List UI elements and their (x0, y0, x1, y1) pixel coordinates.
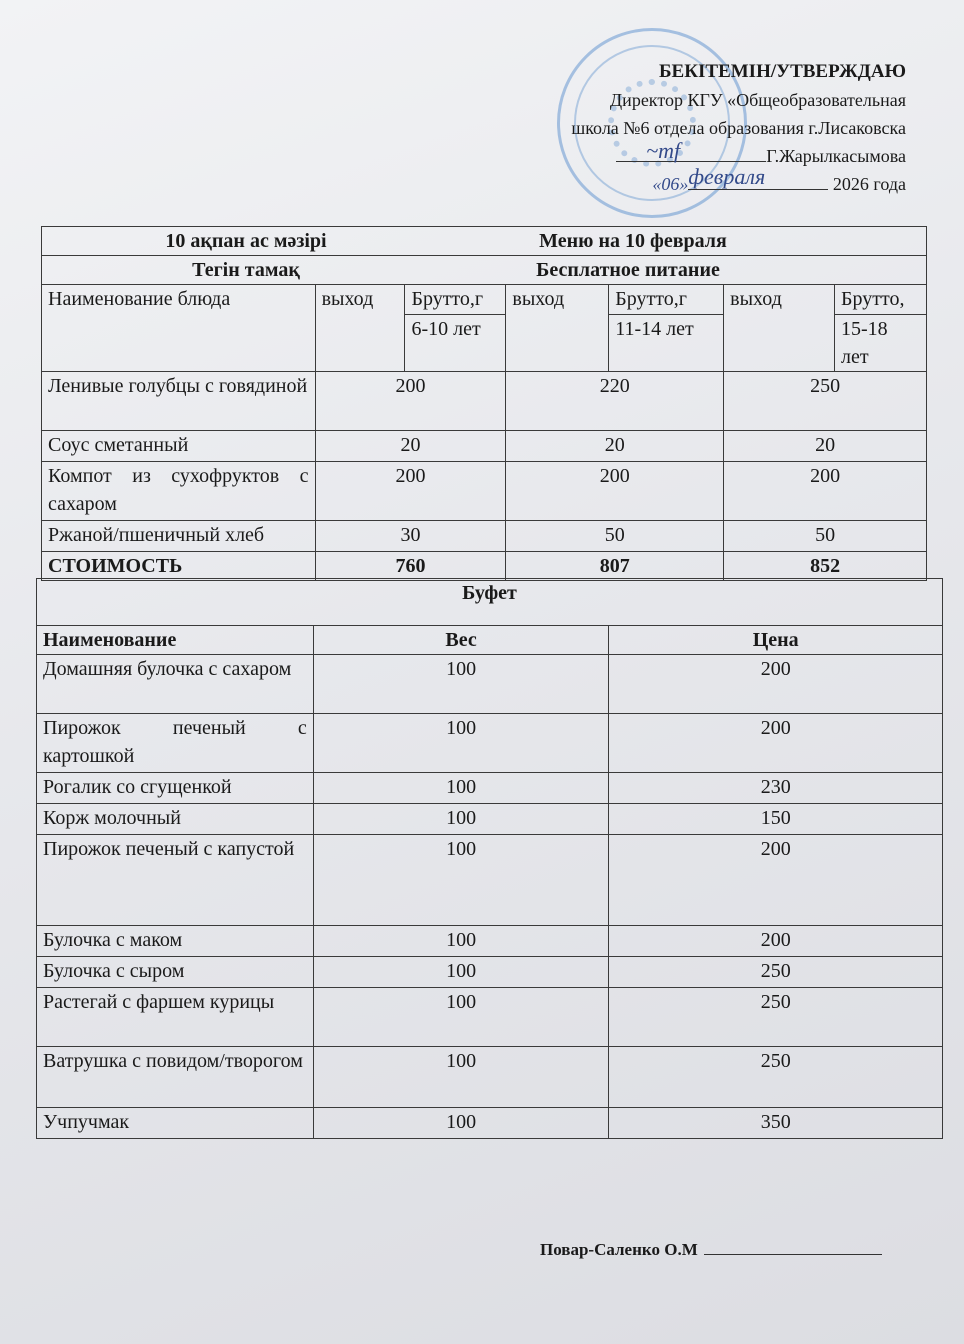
portion-11-14: 220 (506, 372, 724, 431)
item-price: 200 (609, 714, 943, 773)
buffet-row: Пирожок печеный с картошкой100200 (37, 714, 943, 773)
buffet-row: Растегай с фаршем курицы100250 (37, 988, 943, 1047)
buffet-table: Буфет Наименование Вес Цена Домашняя бул… (36, 578, 943, 1139)
approval-title: БЕКІТЕМІН/УТВЕРЖДАЮ (571, 58, 906, 86)
portion-11-14: 200 (506, 462, 724, 521)
item-weight: 100 (313, 926, 609, 957)
portion-15-18: 200 (724, 462, 927, 521)
dish-name: Ржаной/пшеничный хлеб (42, 521, 316, 552)
header-brutto-2: Брутто,г (609, 285, 724, 315)
age-group-11-14: 11-14 лет (609, 315, 724, 372)
item-price: 200 (609, 835, 943, 926)
portion-15-18: 250 (724, 372, 927, 431)
buffet-row: Булочка с маком100200 (37, 926, 943, 957)
dish-name: Компот из сухофруктов с сахаром (42, 462, 316, 521)
buffet-row: Булочка с сыром100250 (37, 957, 943, 988)
menu-subtitle-ru: Бесплатное питание (330, 256, 926, 284)
item-name: Корж молочный (37, 804, 314, 835)
signature-scribble: ~mf (646, 137, 680, 165)
header-price: Цена (609, 626, 943, 655)
buffet-row: Пирожок печеный с капустой100200 (37, 835, 943, 926)
item-weight: 100 (313, 1047, 609, 1108)
buffet-row: Рогалик со сгущенкой100230 (37, 773, 943, 804)
item-weight: 100 (313, 714, 609, 773)
buffet-title: Буфет (37, 579, 943, 626)
item-weight: 100 (313, 988, 609, 1047)
header-brutto-1: Брутто,г (405, 285, 506, 315)
item-name: Пирожок печеный с капустой (37, 835, 314, 926)
buffet-header-row: Наименование Вес Цена (37, 626, 943, 655)
menu-row: Соус сметанный202020 (42, 431, 927, 462)
portion-15-18: 20 (724, 431, 927, 462)
approval-line-2: школа №6 отдела образования г.Лисаковска (571, 114, 906, 142)
item-name: Учпучмак (37, 1108, 314, 1139)
header-dish-name: Наименование блюда (42, 285, 316, 372)
item-name: Рогалик со сгущенкой (37, 773, 314, 804)
portion-11-14: 20 (506, 431, 724, 462)
cook-name: Повар-Саленко О.М (540, 1240, 698, 1259)
portion-15-18: 50 (724, 521, 927, 552)
age-group-6-10: 6-10 лет (405, 315, 506, 372)
dish-name: Соус сметанный (42, 431, 316, 462)
item-price: 250 (609, 988, 943, 1047)
item-name: Растегай с фаршем курицы (37, 988, 314, 1047)
free-meal-menu-table: 10 ақпан ас мәзірі Меню на 10 февраля Те… (41, 226, 927, 581)
cook-signature-blank (704, 1240, 882, 1255)
menu-subtitle-row: Тегін тамақ Бесплатное питание (42, 256, 927, 285)
menu-total-row: СТОИМОСТЬ 760 807 852 (42, 552, 927, 581)
item-name: Пирожок печеный с картошкой (37, 714, 314, 773)
item-price: 350 (609, 1108, 943, 1139)
item-weight: 100 (313, 773, 609, 804)
date-year: 2026 года (833, 174, 906, 194)
approval-block: БЕКІТЕМІН/УТВЕРЖДАЮ Директор КГУ «Общеоб… (571, 58, 906, 198)
header-name: Наименование (37, 626, 314, 655)
date-month-blank: февраля (688, 171, 828, 190)
total-11-14: 807 (506, 552, 724, 581)
header-output-3: выход (724, 285, 835, 372)
item-price: 230 (609, 773, 943, 804)
item-weight: 100 (313, 1108, 609, 1139)
buffet-row: Ватрушка с повидом/творогом100250 (37, 1047, 943, 1108)
menu-row: Компот из сухофруктов с сахаром200200200 (42, 462, 927, 521)
portion-6-10: 200 (315, 372, 506, 431)
header-output-2: выход (506, 285, 609, 372)
item-name: Булочка с маком (37, 926, 314, 957)
approval-line-1: Директор КГУ «Общеобразовательная (571, 86, 906, 114)
buffet-title-row: Буфет (37, 579, 943, 626)
item-weight: 100 (313, 957, 609, 988)
item-price: 150 (609, 804, 943, 835)
menu-title-ru: Меню на 10 февраля (340, 227, 926, 255)
date-month: февраля (688, 163, 765, 191)
item-price: 250 (609, 957, 943, 988)
approval-date-line: «06»февраля 2026 года (571, 170, 906, 198)
buffet-body: Домашняя булочка с сахаром100200Пирожок … (37, 655, 943, 1139)
item-weight: 100 (313, 804, 609, 835)
age-group-15-18-range: 15-18 (841, 315, 920, 343)
buffet-row: Учпучмак100350 (37, 1108, 943, 1139)
item-name: Домашняя булочка с сахаром (37, 655, 314, 714)
header-weight: Вес (313, 626, 609, 655)
buffet-row: Домашняя булочка с сахаром100200 (37, 655, 943, 714)
portion-11-14: 50 (506, 521, 724, 552)
menu-row: Ржаной/пшеничный хлеб305050 (42, 521, 927, 552)
age-group-15-18-unit: лет (841, 343, 920, 371)
menu-title-row: 10 ақпан ас мәзірі Меню на 10 февраля (42, 227, 927, 256)
date-day: «06» (652, 174, 688, 194)
total-6-10: 760 (315, 552, 506, 581)
item-name: Ватрушка с повидом/творогом (37, 1047, 314, 1108)
item-price: 200 (609, 655, 943, 714)
menu-body: Ленивые голубцы с говядиной200220250Соус… (42, 372, 927, 552)
total-label: СТОИМОСТЬ (42, 552, 316, 581)
item-name: Булочка с сыром (37, 957, 314, 988)
age-group-15-18: 15-18лет (835, 315, 927, 372)
dish-name: Ленивые голубцы с говядиной (42, 372, 316, 431)
portion-6-10: 200 (315, 462, 506, 521)
cook-signature: Повар-Саленко О.М (540, 1240, 882, 1260)
item-weight: 100 (313, 655, 609, 714)
menu-row: Ленивые голубцы с говядиной200220250 (42, 372, 927, 431)
signature-blank: ~mf (616, 143, 766, 162)
director-name: Г.Жарылкасымова (766, 146, 906, 166)
header-output-1: выход (315, 285, 405, 372)
portion-6-10: 20 (315, 431, 506, 462)
item-price: 250 (609, 1047, 943, 1108)
portion-6-10: 30 (315, 521, 506, 552)
item-weight: 100 (313, 835, 609, 926)
item-price: 200 (609, 926, 943, 957)
menu-header-row: Наименование блюда выход Брутто,г выход … (42, 285, 927, 315)
total-15-18: 852 (724, 552, 927, 581)
header-brutto-3: Брутто, (835, 285, 927, 315)
buffet-row: Корж молочный100150 (37, 804, 943, 835)
